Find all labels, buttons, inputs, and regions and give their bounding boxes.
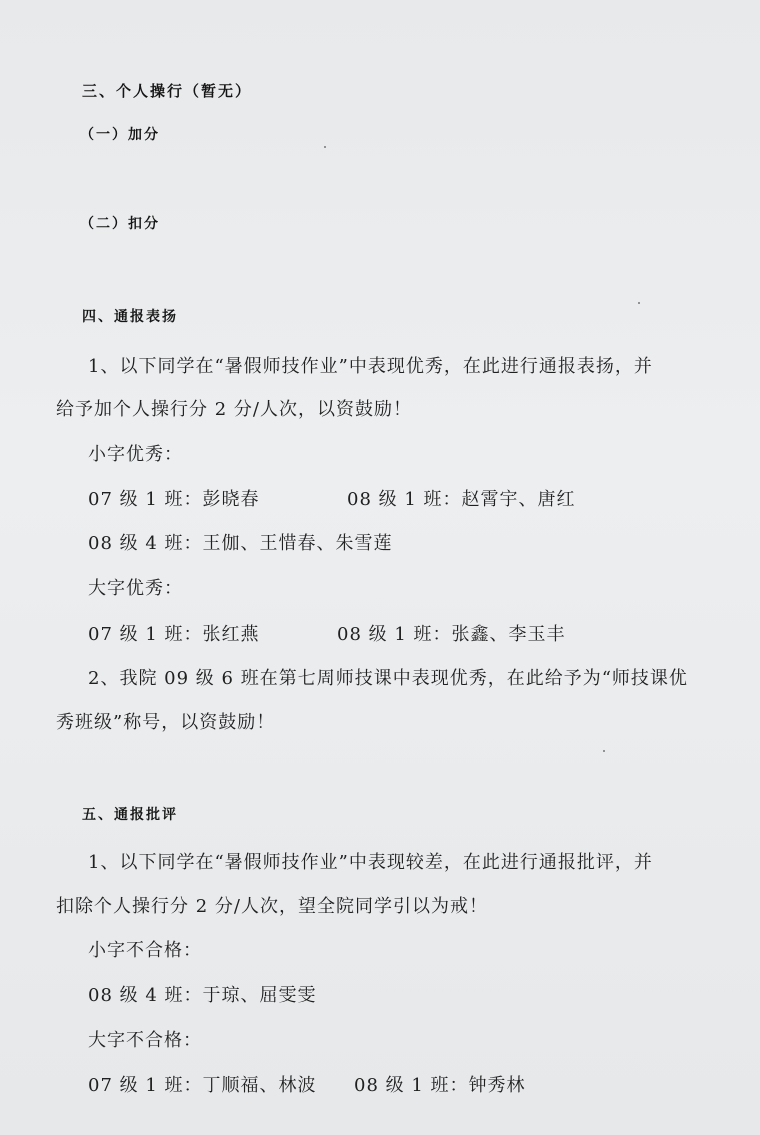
section-4-item-1-line-1: 1、以下同学在“暑假师技作业”中表现优秀，在此进行通报表扬，并 xyxy=(88,356,653,378)
scan-speck xyxy=(603,750,605,752)
section-4-big-char-row-1-left: 07 级 1 班：张红燕 xyxy=(88,624,260,646)
section-5-big-char-row-1-right: 08 级 1 班：钟秀林 xyxy=(354,1075,526,1097)
section-5-big-char-row-1-left: 07 级 1 班：丁顺福、林波 xyxy=(88,1075,317,1097)
scan-speck xyxy=(324,146,326,148)
section-5-big-char-label: 大字不合格： xyxy=(88,1030,202,1052)
section-4-item-2-line-1: 2、我院 09 级 6 班在第七周师技课中表现优秀，在此给予为“师技课优 xyxy=(88,668,688,690)
section-5-item-1-line-2: 扣除个人操行分 2 分/人次，望全院同学引以为戒！ xyxy=(56,896,488,918)
section-4-item-2-line-2: 秀班级”称号，以资鼓励！ xyxy=(56,712,275,734)
section-3-subsection-1: （一）加分 xyxy=(80,124,160,146)
section-4-small-char-row-2-left: 08 级 4 班：王伽、王惜春、朱雪莲 xyxy=(88,533,393,555)
section-5-small-char-row-1-left: 08 级 4 班：于琼、屈雯雯 xyxy=(88,985,317,1007)
section-5-small-char-label: 小字不合格： xyxy=(88,940,202,962)
section-3-subsection-2: （二）扣分 xyxy=(80,213,160,235)
section-5-item-1-line-1: 1、以下同学在“暑假师技作业”中表现较差，在此进行通报批评，并 xyxy=(88,852,653,874)
section-4-title: 四、通报表扬 xyxy=(82,306,178,328)
section-4-small-char-row-1-left: 07 级 1 班：彭晓春 xyxy=(88,489,260,511)
section-4-small-char-label: 小字优秀： xyxy=(88,444,183,466)
scan-speck xyxy=(638,302,640,304)
section-4-big-char-row-1-right: 08 级 1 班：张鑫、李玉丰 xyxy=(337,624,566,646)
section-4-big-char-label: 大字优秀： xyxy=(88,578,183,600)
section-5-title: 五、通报批评 xyxy=(82,804,178,826)
section-3-title: 三、个人操行（暂无） xyxy=(82,80,252,102)
section-4-small-char-row-1-right: 08 级 1 班：赵霄宇、唐红 xyxy=(347,489,576,511)
section-4-item-1-line-2: 给予加个人操行分 2 分/人次，以资鼓励！ xyxy=(56,399,412,421)
